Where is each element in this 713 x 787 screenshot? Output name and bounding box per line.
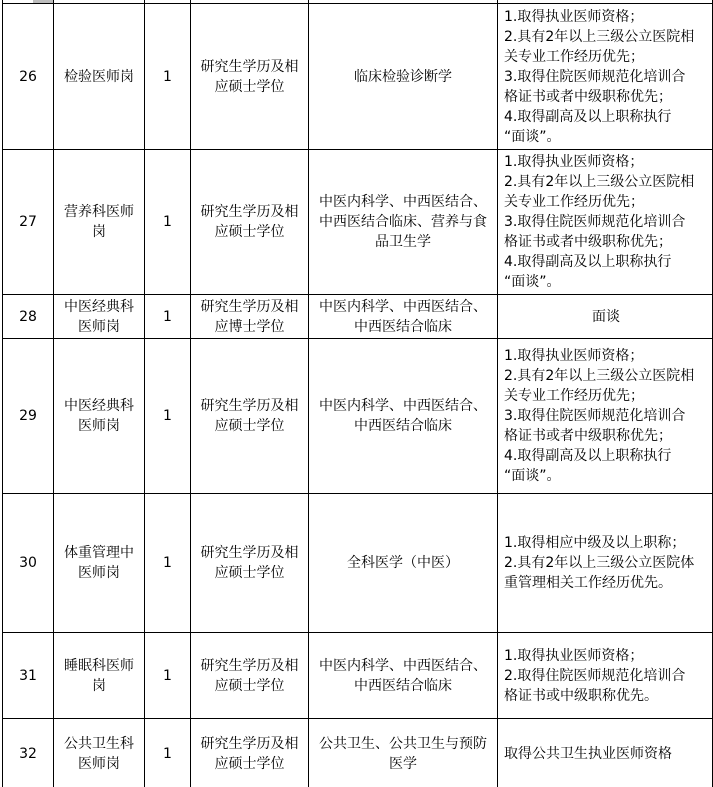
cell-major: 临床检验诊断学 xyxy=(309,4,498,150)
cell-education: 研究生学历及相 应博士学位 xyxy=(191,295,309,339)
cell-education: 研究生学历及相 应硕士学位 xyxy=(191,719,309,787)
cell-position-name: 营养科医师 岗 xyxy=(54,150,145,295)
cell-row-number: 29 xyxy=(3,339,54,494)
cell-major: 全科医学（中医） xyxy=(309,494,498,633)
cell-row-number: 26 xyxy=(3,4,54,150)
cell-position-name: 体重管理中 医师岗 xyxy=(54,494,145,633)
cell-row-number: 28 xyxy=(3,295,54,339)
cell-major: 中医内科学、中西医结合、 中西医结合临床、营养与食 品卫生学 xyxy=(309,150,498,295)
cell-education: 研究生学历及相 应硕士学位 xyxy=(191,494,309,633)
cell-requirements: 1.取得相应中级及以上职称； 2.具有2年以上三级公立医院体 重管理相关工作经历… xyxy=(498,494,713,633)
cell-headcount: 1 xyxy=(145,633,191,719)
cell-position-name: 公共卫生科 医师岗 xyxy=(54,719,145,787)
cell-requirements: 面谈 xyxy=(498,295,713,339)
cell-major: 公共卫生、公共卫生与预防 医学 xyxy=(309,719,498,787)
cell-major: 中医内科学、中西医结合、 中西医结合临床 xyxy=(309,339,498,494)
cell-position-name: 检验医师岗 xyxy=(54,4,145,150)
cell-row-number: 30 xyxy=(3,494,54,633)
table-row: 27 营养科医师 岗 1 研究生学历及相 应硕士学位 中医内科学、中西医结合、 … xyxy=(3,150,713,295)
table-row: 28 中医经典科 医师岗 1 研究生学历及相 应博士学位 中医内科学、中西医结合… xyxy=(3,295,713,339)
cell-headcount: 1 xyxy=(145,494,191,633)
cell-education: 研究生学历及相 应硕士学位 xyxy=(191,4,309,150)
cell-row-number: 31 xyxy=(3,633,54,719)
cell-education: 研究生学历及相 应硕士学位 xyxy=(191,150,309,295)
cell-headcount: 1 xyxy=(145,719,191,787)
cell-requirements: 1.取得执业医师资格； 2.具有2年以上三级公立医院相 关专业工作经历优先； 3… xyxy=(498,339,713,494)
table-row: 29 中医经典科 医师岗 1 研究生学历及相 应硕士学位 中医内科学、中西医结合… xyxy=(3,339,713,494)
cell-headcount: 1 xyxy=(145,4,191,150)
cell-education: 研究生学历及相 应硕士学位 xyxy=(191,339,309,494)
cell-position-name: 睡眠科医师 岗 xyxy=(54,633,145,719)
table-row: 30 体重管理中 医师岗 1 研究生学历及相 应硕士学位 全科医学（中医） 1.… xyxy=(3,494,713,633)
cell-requirements: 取得公共卫生执业医师资格 xyxy=(498,719,713,787)
document-page: 26 检验医师岗 1 研究生学历及相 应硕士学位 临床检验诊断学 1.取得执业医… xyxy=(0,0,713,787)
cell-headcount: 1 xyxy=(145,150,191,295)
positions-table: 26 检验医师岗 1 研究生学历及相 应硕士学位 临床检验诊断学 1.取得执业医… xyxy=(2,0,713,787)
cell-requirements: 1.取得执业医师资格； 2.取得住院医师规范化培训合 格证书或中级职称优先。 xyxy=(498,633,713,719)
cell-row-number: 27 xyxy=(3,150,54,295)
cell-major: 中医内科学、中西医结合、 中西医结合临床 xyxy=(309,633,498,719)
table-row: 31 睡眠科医师 岗 1 研究生学历及相 应硕士学位 中医内科学、中西医结合、 … xyxy=(3,633,713,719)
table-row: 26 检验医师岗 1 研究生学历及相 应硕士学位 临床检验诊断学 1.取得执业医… xyxy=(3,4,713,150)
cell-requirements: 1.取得执业医师资格； 2.具有2年以上三级公立医院相 关专业工作经历优先； 3… xyxy=(498,4,713,150)
cell-major: 中医内科学、中西医结合、 中西医结合临床 xyxy=(309,295,498,339)
cell-requirements: 1.取得执业医师资格； 2.具有2年以上三级公立医院相 关专业工作经历优先； 3… xyxy=(498,150,713,295)
cell-position-name: 中医经典科 医师岗 xyxy=(54,339,145,494)
cell-headcount: 1 xyxy=(145,295,191,339)
cell-education: 研究生学历及相 应硕士学位 xyxy=(191,633,309,719)
cell-row-number: 32 xyxy=(3,719,54,787)
cell-position-name: 中医经典科 医师岗 xyxy=(54,295,145,339)
table-row: 32 公共卫生科 医师岗 1 研究生学历及相 应硕士学位 公共卫生、公共卫生与预… xyxy=(3,719,713,787)
cell-headcount: 1 xyxy=(145,339,191,494)
